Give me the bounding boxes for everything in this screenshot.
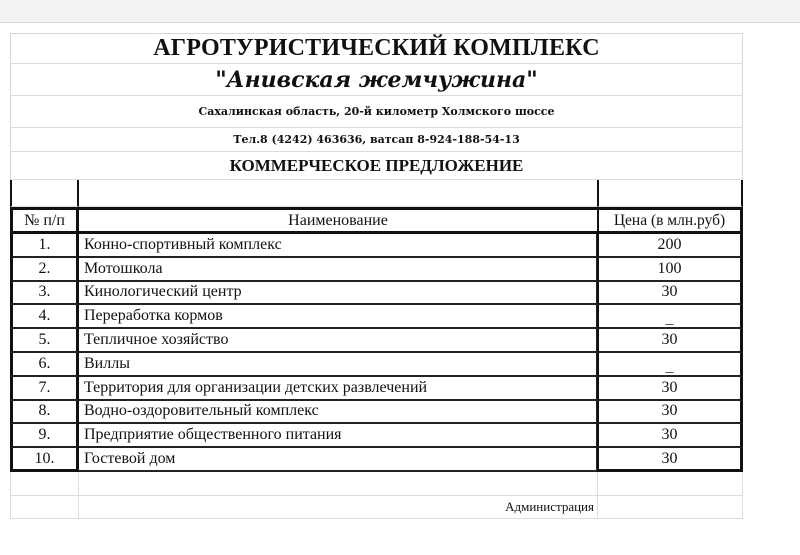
row-number: 6. <box>10 353 79 377</box>
table-spacer-row <box>10 180 743 207</box>
row-price: 30 <box>597 448 743 472</box>
row-price: 30 <box>597 282 743 306</box>
row-price: 30 <box>597 377 743 401</box>
row-number: 8. <box>10 401 79 425</box>
row-price: 30 <box>597 329 743 353</box>
row-name: Тепличное хозяйство <box>79 329 597 353</box>
row-name: Предприятие общественного питания <box>79 424 597 448</box>
table-row: 6.Виллы_ <box>10 353 743 377</box>
row-number: 7. <box>10 377 79 401</box>
table-row: 4.Переработка кормов_ <box>10 305 743 329</box>
document-title: АГРОТУРИСТИЧЕСКИЙ КОМПЛЕКС <box>10 33 743 64</box>
table-row: 5.Тепличное хозяйство30 <box>10 329 743 353</box>
viewer-toolbar <box>0 0 800 23</box>
table-row: 9.Предприятие общественного питания30 <box>10 424 743 448</box>
row-name: Переработка кормов <box>79 305 597 329</box>
header-price: Цена (в млн.руб) <box>597 207 743 234</box>
table-row: 7.Территория для организации детских раз… <box>10 377 743 401</box>
row-name: Конно-спортивный комплекс <box>79 234 597 258</box>
row-number: 5. <box>10 329 79 353</box>
table-row: 10.Гостевой дом30 <box>10 448 743 472</box>
cell <box>10 472 79 496</box>
row-price: 30 <box>597 401 743 425</box>
row-number: 3. <box>10 282 79 306</box>
table-row: 3.Кинологический центр30 <box>10 282 743 306</box>
row-name: Кинологический центр <box>79 282 597 306</box>
row-price: 100 <box>597 258 743 282</box>
row-price: 30 <box>597 424 743 448</box>
cell <box>597 496 743 519</box>
row-price: _ <box>597 305 743 329</box>
row-price: _ <box>597 353 743 377</box>
row-number: 9. <box>10 424 79 448</box>
cell <box>597 472 743 496</box>
row-name: Территория для организации детских развл… <box>79 377 597 401</box>
table-empty-row <box>10 472 743 496</box>
table-row: 1.Конно-спортивный комплекс200 <box>10 234 743 258</box>
cell <box>79 472 597 496</box>
cell <box>79 180 597 207</box>
row-name: Гостевой дом <box>79 448 597 472</box>
row-number: 4. <box>10 305 79 329</box>
header-name: Наименование <box>79 207 597 234</box>
document-subtitle: "Анивская жемчужина" <box>10 64 743 96</box>
signature-label: Администрация <box>79 496 597 519</box>
cell <box>10 496 79 519</box>
table-row: 8.Водно-оздоровительный комплекс30 <box>10 401 743 425</box>
offer-heading: КОММЕРЧЕСКОЕ ПРЕДЛОЖЕНИЕ <box>10 152 743 180</box>
row-name: Водно-оздоровительный комплекс <box>79 401 597 425</box>
header-number: № п/п <box>10 207 79 234</box>
row-price: 200 <box>597 234 743 258</box>
signature-row: Администрация <box>10 496 743 519</box>
cell <box>597 180 743 207</box>
row-number: 10. <box>10 448 79 472</box>
row-name: Мотошкола <box>79 258 597 282</box>
table-row: 2.Мотошкола100 <box>10 258 743 282</box>
address-line: Сахалинская область, 20-й километр Холмс… <box>10 96 743 128</box>
table-header-row: № п/п Наименование Цена (в млн.руб) <box>10 207 743 234</box>
phone-line: Тел.8 (4242) 463636, ватсап 8-924-188-54… <box>10 128 743 152</box>
row-number: 1. <box>10 234 79 258</box>
cell <box>10 180 79 207</box>
row-name: Виллы <box>79 353 597 377</box>
row-number: 2. <box>10 258 79 282</box>
